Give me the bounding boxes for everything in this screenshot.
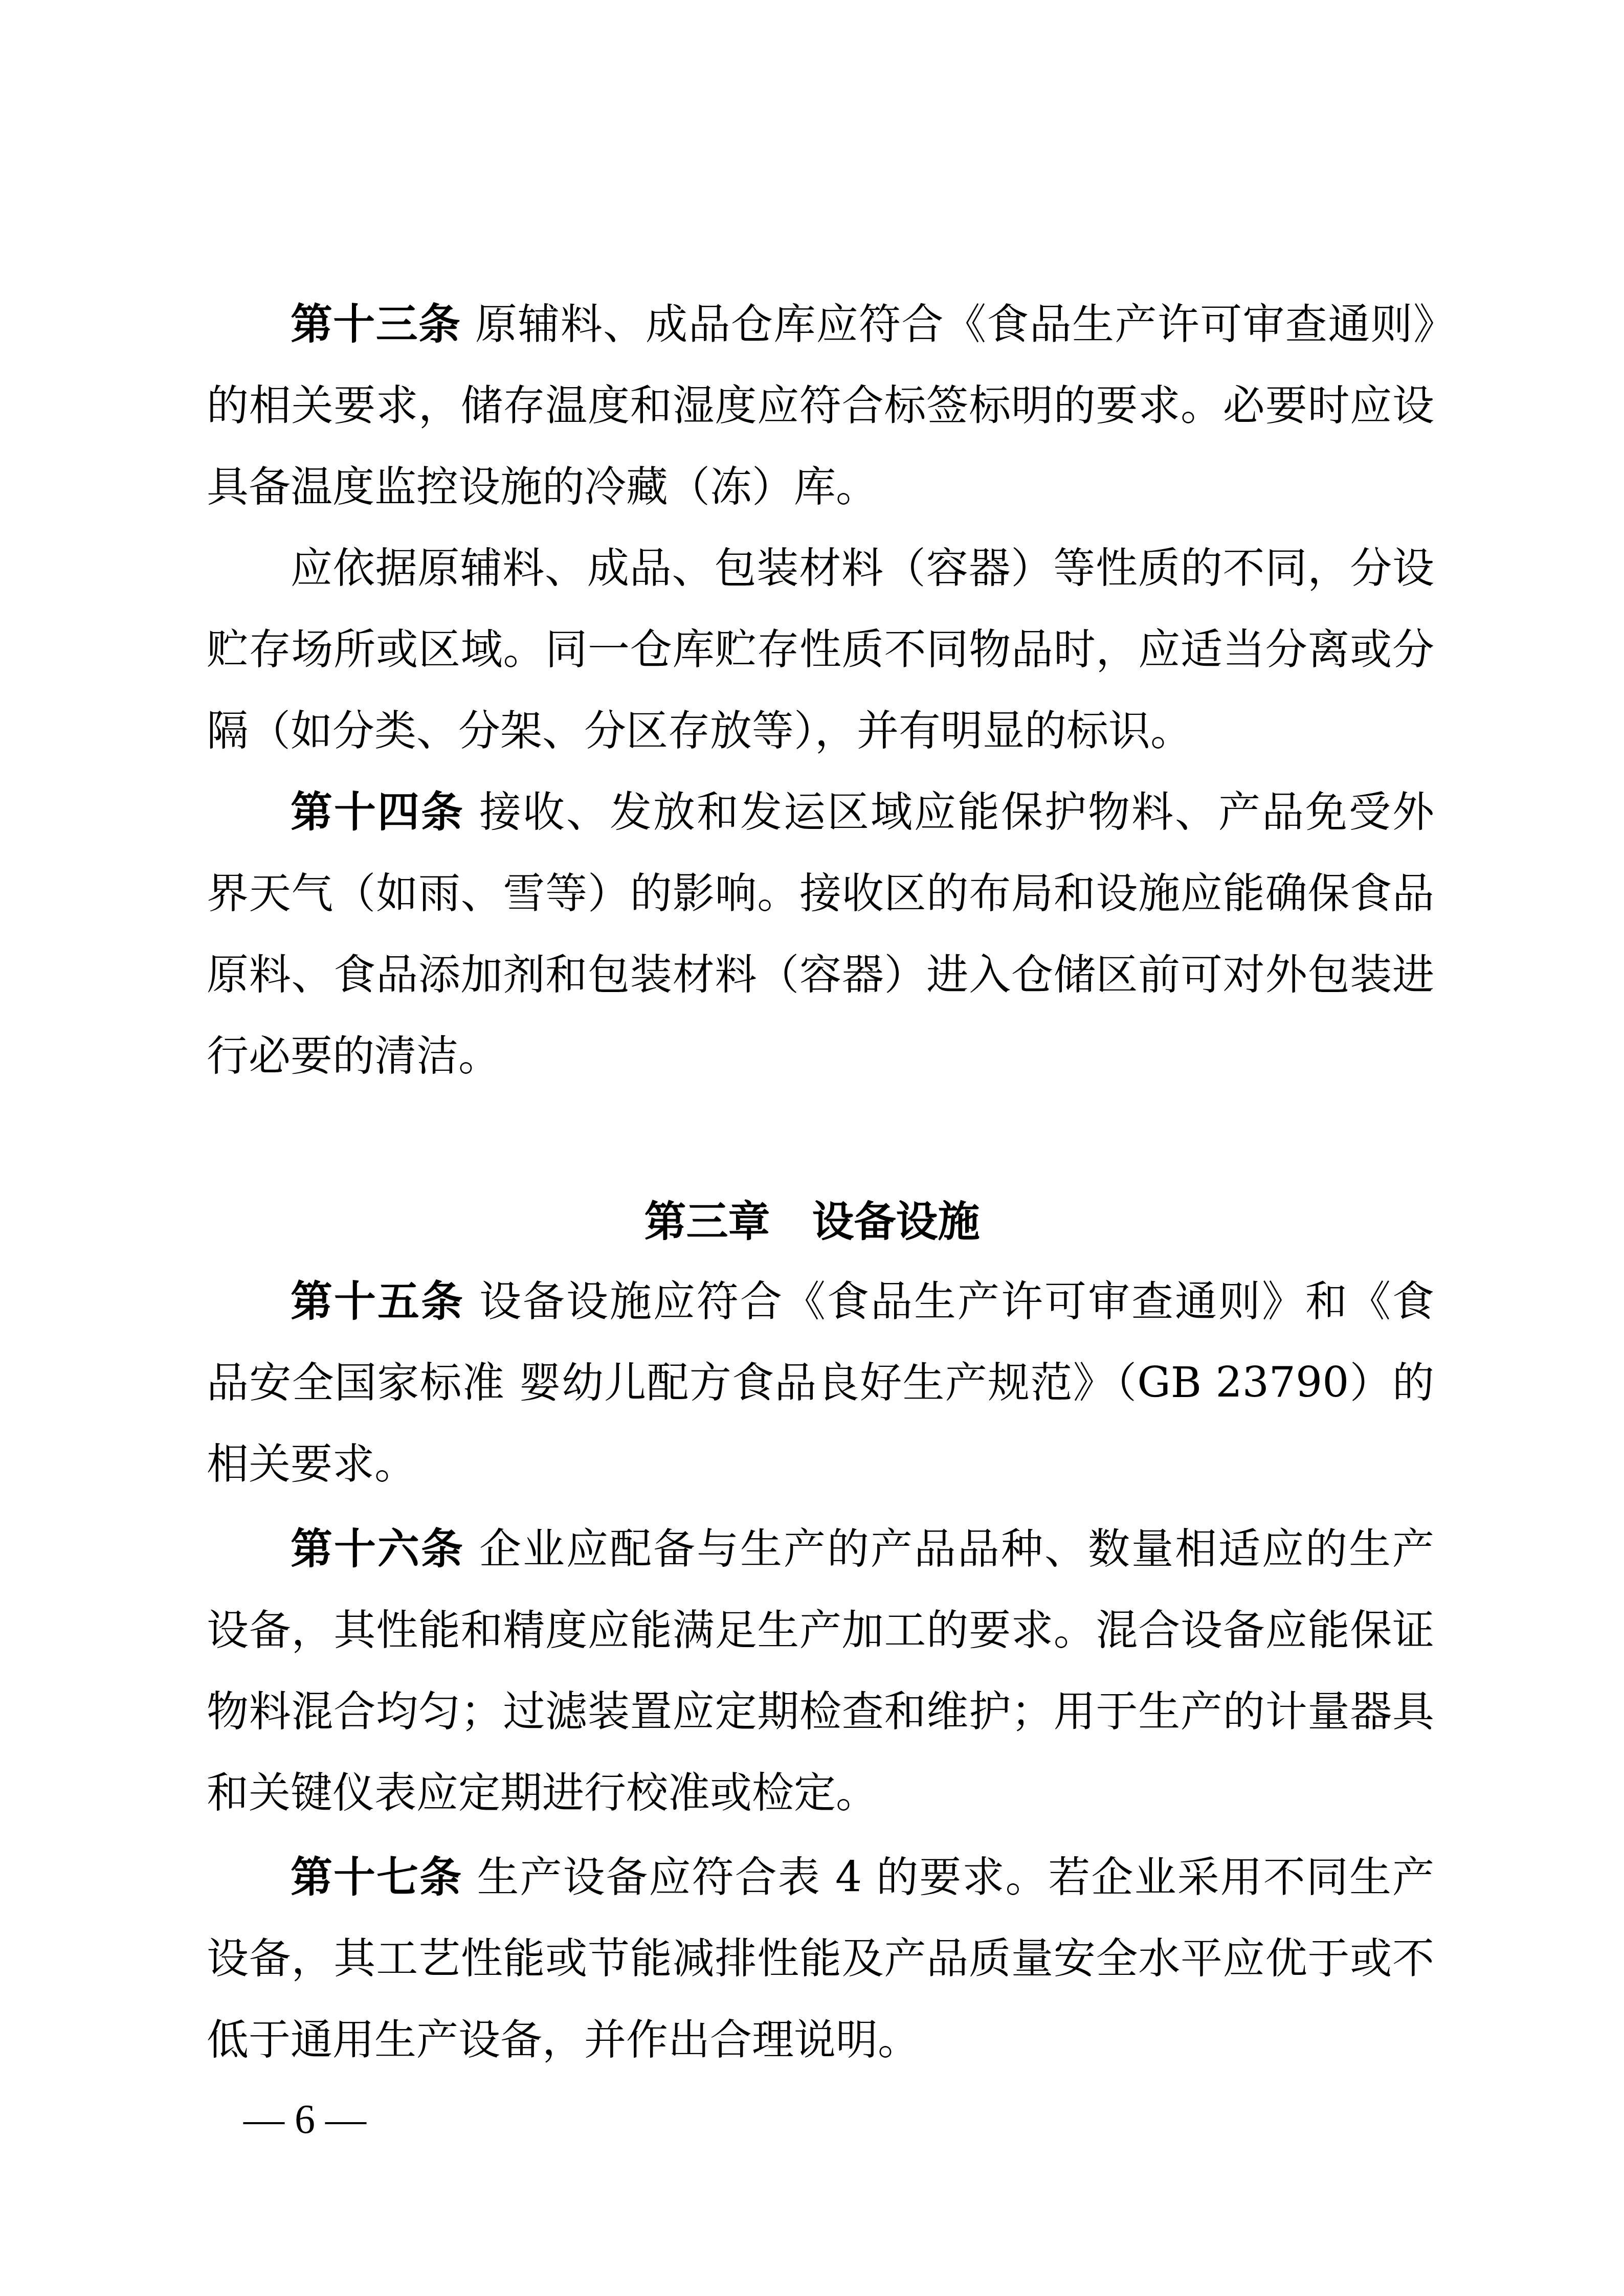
article-number: 第十五条 bbox=[291, 1277, 464, 1326]
section-16-paragraph: 第十六条 企业应配备与生产的产品品种、数量相适应的生产设备，其性能和精度应能满足… bbox=[207, 1509, 1434, 1834]
section-15-paragraph: 第十五条 设备设施应符合《食品生产许可审查通则》和《食品安全国家标准 婴幼儿配方… bbox=[207, 1261, 1434, 1505]
section-17-paragraph: 第十七条 生产设备应符合表 4 的要求。若企业采用不同生产设备，其工艺性能或节能… bbox=[207, 1837, 1434, 2081]
page-number: — 6 — bbox=[243, 2091, 366, 2148]
section-15: 第十五条 设备设施应符合《食品生产许可审查通则》和《食品安全国家标准 婴幼儿配方… bbox=[207, 1261, 1434, 1505]
article-number: 第十三条 bbox=[291, 300, 461, 349]
section-14-paragraph: 第十四条 接收、发放和发运区域应能保护物料、产品免受外界天气（如雨、雪等）的影响… bbox=[207, 772, 1434, 1097]
section-14: 第十四条 接收、发放和发运区域应能保护物料、产品免受外界天气（如雨、雪等）的影响… bbox=[207, 772, 1434, 1097]
document-page: 第十三条 原辅料、成品仓库应符合《食品生产许可审查通则》的相关要求，储存温度和湿… bbox=[0, 0, 1624, 2296]
article-number: 第十四条 bbox=[291, 788, 464, 837]
chapter-heading: 第三章 设备设施 bbox=[0, 1181, 1624, 1263]
article-number: 第十七条 bbox=[291, 1853, 462, 1902]
article-number: 第十六条 bbox=[291, 1525, 464, 1573]
section-13-paragraph-1: 第十三条 原辅料、成品仓库应符合《食品生产许可审查通则》的相关要求，储存温度和湿… bbox=[207, 284, 1434, 528]
section-13-paragraph-2: 应依据原辅料、成品、包装材料（容器）等性质的不同，分设贮存场所或区域。同一仓库贮… bbox=[207, 528, 1434, 772]
section-13: 第十三条 原辅料、成品仓库应符合《食品生产许可审查通则》的相关要求，储存温度和湿… bbox=[207, 284, 1434, 772]
section-17: 第十七条 生产设备应符合表 4 的要求。若企业采用不同生产设备，其工艺性能或节能… bbox=[207, 1837, 1434, 2081]
section-16: 第十六条 企业应配备与生产的产品品种、数量相适应的生产设备，其性能和精度应能满足… bbox=[207, 1509, 1434, 1834]
